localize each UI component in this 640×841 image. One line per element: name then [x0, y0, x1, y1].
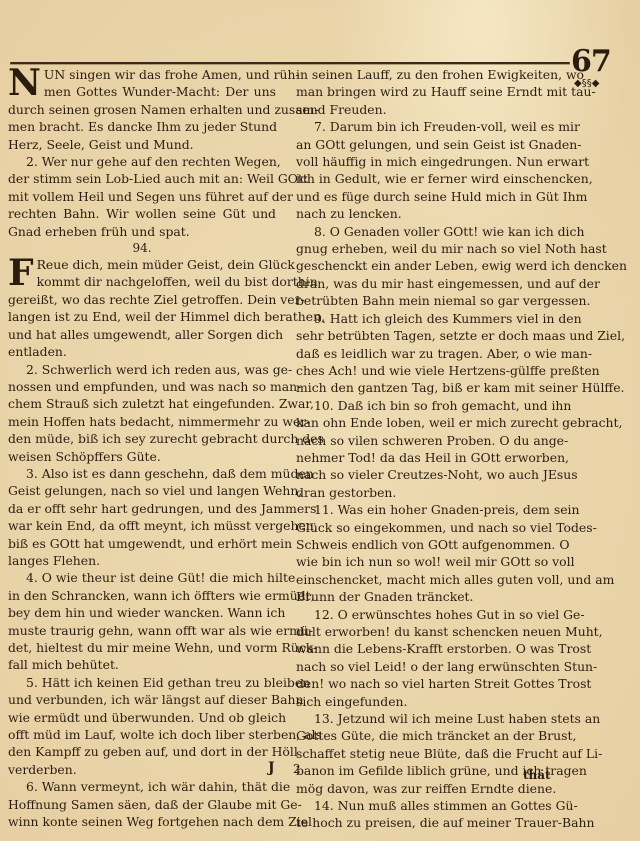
text-line: 14. Nun muß alles stimmen an Gottes Gü- — [296, 797, 566, 814]
text-line: mein Hoffen hats bedacht, nimmermehr zu … — [8, 413, 276, 430]
stanza-14: 14. Nun muß alles stimmen an Gottes Gü- … — [296, 797, 566, 832]
text-line: und es füge durch seine Huld mich in Güt… — [296, 188, 566, 205]
text-line: sich eingefunden. — [296, 693, 566, 710]
text-line: man bringen wird zu Hauff seine Erndt mi… — [296, 83, 566, 100]
catchword: thät — [523, 768, 551, 782]
stanza-7: 7. Darum bin ich Freuden-voll, weil es m… — [296, 118, 566, 222]
text-line: 10. Daß ich bin so froh gemacht, und ihn — [296, 397, 566, 414]
hymn94-stanza-5: 5. Hätt ich keinen Eid gethan treu zu bl… — [8, 674, 276, 778]
text-line: wie bin ich nun so wol! weil mir GOtt so… — [296, 553, 566, 570]
text-line: der stimm sein Lob-Lied auch mit an: Wei… — [8, 170, 276, 187]
text-line: 12. O erwünschtes hohes Gut in so viel G… — [296, 606, 566, 623]
text-line: Herz, Seele, Geist und Mund. — [8, 136, 276, 153]
hymn94-stanza-4: 4. O wie theur ist deine Güt! die mich h… — [8, 569, 276, 673]
text-line: ich in Gedult, wie er ferner wird einsch… — [296, 170, 566, 187]
text-line: Glück so eingekommen, und nach so viel T… — [296, 519, 566, 536]
text-line: UN singen wir das frohe Amen, und rüh- — [8, 66, 276, 83]
text-line: nossen und empfunden, und was nach so ma… — [8, 378, 276, 395]
stanza-9: 9. Hatt ich gleich des Kummers viel in d… — [296, 310, 566, 397]
stanza-1: N UN singen wir das frohe Amen, und rüh-… — [8, 66, 276, 153]
text-line: Reue dich, mein müder Geist, dein Glück — [8, 256, 276, 273]
stanza-13: 13. Jetzund wil ich meine Lust haben ste… — [296, 710, 566, 797]
text-line: Gottes Güte, die mich träncket an der Br… — [296, 727, 566, 744]
text-line: langes Flehen. — [8, 552, 276, 569]
text-line: 6. Wann vermeynt, ich wär dahin, thät di… — [8, 778, 276, 795]
text-line: ches Ach! und wie viele Hertzens-gülffe … — [296, 362, 566, 379]
text-line: mit vollem Heil und Segen uns führet auf… — [8, 188, 276, 205]
text-line: weisen Schöpffers Güte. — [8, 448, 276, 465]
text-line: winn konte seinen Weg fortgehen nach dem… — [8, 813, 276, 830]
text-line: sehr betrübten Tagen, setzte er doch maa… — [296, 327, 566, 344]
text-line: 13. Jetzund wil ich meine Lust haben ste… — [296, 710, 566, 727]
text-line: Gnad erheben früh und spat. — [8, 223, 276, 240]
text-line: 7. Darum bin ich Freuden-voll, weil es m… — [296, 118, 566, 135]
text-line: war kein End, da offt meynt, ich müsst v… — [8, 517, 276, 534]
text-line: nehmer Tod! da das Heil in GOtt erworben… — [296, 449, 566, 466]
text-line: gnug erheben, weil du mir nach so viel N… — [296, 240, 566, 257]
hymn94-stanza-3: 3. Also ist es dann geschehn, daß dem mü… — [8, 465, 276, 569]
text-line: schaffet stetig neue Blüte, daß die Fruc… — [296, 745, 566, 762]
text-line: wann die Lebens-Krafft erstorben. O was … — [296, 640, 566, 657]
hymn-number: 94. — [8, 240, 276, 256]
text-line: den! wo nach so viel harten Streit Gotte… — [296, 675, 566, 692]
text-line: da er offt sehr hart gedrungen, und des … — [8, 500, 276, 517]
text-line: entladen. — [8, 343, 276, 360]
text-line: fall mich behütet. — [8, 656, 276, 673]
hymn94-stanza-1: F Reue dich, mein müder Geist, dein Glüc… — [8, 256, 276, 360]
text-line: nach zu lencken. — [296, 205, 566, 222]
text-line: wie ermüdt und überwunden. Und ob gleich — [8, 709, 276, 726]
hymn94-stanza-6: 6. Wann vermeynt, ich wär dahin, thät di… — [8, 778, 276, 830]
text-line: in den Schrancken, wann ich öffters wie … — [8, 587, 276, 604]
text-line: daß es leidlich war zu tragen. Aber, o w… — [296, 345, 566, 362]
text-line: voll häuffig in mich eingedrungen. Nun e… — [296, 153, 566, 170]
text-line: offt müd im Lauf, wolte ich doch liber s… — [8, 726, 276, 743]
text-line: dult erworben! du kanst schencken neuen … — [296, 623, 566, 640]
text-line: 3. Also ist es dann geschehn, daß dem mü… — [8, 465, 276, 482]
text-line: men Gottes Wunder-Macht: Der uns — [8, 83, 276, 100]
stanza-2: 2. Wer nur gehe auf den rechten Wegen, d… — [8, 153, 276, 240]
text-line: mich den gantzen Tag, biß er kam mit sei… — [296, 379, 566, 396]
text-line: det, hieltest du mir meine Wehn, und vor… — [8, 639, 276, 656]
text-line: geschenckt ein ander Leben, ewig werd ic… — [296, 257, 566, 274]
text-line: rechten Bahn. Wir wollen seine Güt und — [8, 205, 276, 222]
text-line: nach so vilen schweren Proben. O du ange… — [296, 432, 566, 449]
dropcap: F — [8, 257, 34, 289]
dropcap: N — [8, 67, 41, 99]
text-line: biß es GOtt hat umgewendt, und erhört me… — [8, 535, 276, 552]
text-line: mög davon, was zur reiffen Erndte diene. — [296, 780, 566, 797]
text-line: dran, was du mir hast eingemessen, und a… — [296, 275, 566, 292]
text-line: send Freuden. — [296, 101, 566, 118]
text-line: bey dem hin und wieder wancken. Wann ich — [8, 604, 276, 621]
text-line: und hat alles umgewendt, aller Sorgen di… — [8, 326, 276, 343]
stanza-11: 11. Was ein hoher Gnaden-preis, dem sein… — [296, 501, 566, 605]
text-line: den müde, biß ich sey zurecht gebracht d… — [8, 430, 276, 447]
text-line: einschencket, macht mich alles guten vol… — [296, 571, 566, 588]
text-line: 11. Was ein hoher Gnaden-preis, dem sein — [296, 501, 566, 518]
text-line: kommt dir nachgeloffen, weil du bist dor… — [8, 273, 276, 290]
text-line: te hoch zu preisen, die auf meiner Traue… — [296, 814, 566, 831]
text-line: 2. Wer nur gehe auf den rechten Wegen, — [8, 153, 276, 170]
text-line: gereißt, wo das rechte Ziel getroffen. D… — [8, 291, 276, 308]
text-line: kan ohn Ende loben, weil er mich zurecht… — [296, 414, 566, 431]
text-line: 5. Hätt ich keinen Eid gethan treu zu bl… — [8, 674, 276, 691]
text-line: den Kampff zu geben auf, und dort in der… — [8, 743, 276, 760]
text-line: dran gestorben. — [296, 484, 566, 501]
text-line: chem Strauß sich zuletzt hat eingefunden… — [8, 395, 276, 412]
text-line: muste traurig gehn, wann offt war als wi… — [8, 622, 276, 639]
stanza-10: 10. Daß ich bin so froh gemacht, und ihn… — [296, 397, 566, 501]
hymn94-stanza-2: 2. Schwerlich werd ich reden aus, was ge… — [8, 361, 276, 465]
book-page: 67 ◆§§◆ N UN singen wir das frohe Amen, … — [0, 0, 640, 841]
text-line: men bracht. Es dancke Ihm zu jeder Stund — [8, 118, 276, 135]
text-line: und verbunden, ich wär längst auf dieser… — [8, 691, 276, 708]
text-line: Geist gelungen, nach so viel und langen … — [8, 482, 276, 499]
text-line: an GOtt gelungen, und sein Geist ist Gna… — [296, 136, 566, 153]
stanza-6-continuation: in seinen Lauff, zu den frohen Ewigkeite… — [296, 66, 566, 118]
right-column: in seinen Lauff, zu den frohen Ewigkeite… — [296, 66, 566, 832]
header-rule-shadow — [10, 64, 570, 65]
text-line: verderben. — [8, 761, 276, 778]
text-line: 4. O wie theur ist deine Güt! die mich h… — [8, 569, 276, 586]
stanza-8: 8. O Genaden voller GOtt! wie kan ich di… — [296, 223, 566, 310]
signature-number: 2 — [293, 762, 301, 776]
text-line: nach so viel Leid! o der lang erwünschte… — [296, 658, 566, 675]
text-line: langen ist zu End, weil der Himmel dich … — [8, 308, 276, 325]
signature-mark: J — [268, 760, 275, 776]
text-line: betrübten Bahn mein niemal so gar verges… — [296, 292, 566, 309]
text-line: Schweis endlich von GOtt aufgenommen. O — [296, 536, 566, 553]
text-line: in seinen Lauff, zu den frohen Ewigkeite… — [296, 66, 566, 83]
stanza-12: 12. O erwünschtes hohes Gut in so viel G… — [296, 606, 566, 710]
text-line: Hoffnung Samen säen, daß der Glaube mit … — [8, 796, 276, 813]
text-line: durch seinen grosen Namen erhalten und z… — [8, 101, 276, 118]
text-line: 8. O Genaden voller GOtt! wie kan ich di… — [296, 223, 566, 240]
left-column: N UN singen wir das frohe Amen, und rüh-… — [8, 66, 276, 830]
text-line: 2. Schwerlich werd ich reden aus, was ge… — [8, 361, 276, 378]
text-line: 9. Hatt ich gleich des Kummers viel in d… — [296, 310, 566, 327]
text-line: nach so vieler Creutzes-Noht, wo auch JE… — [296, 466, 566, 483]
text-line: Brunn der Gnaden träncket. — [296, 588, 566, 605]
